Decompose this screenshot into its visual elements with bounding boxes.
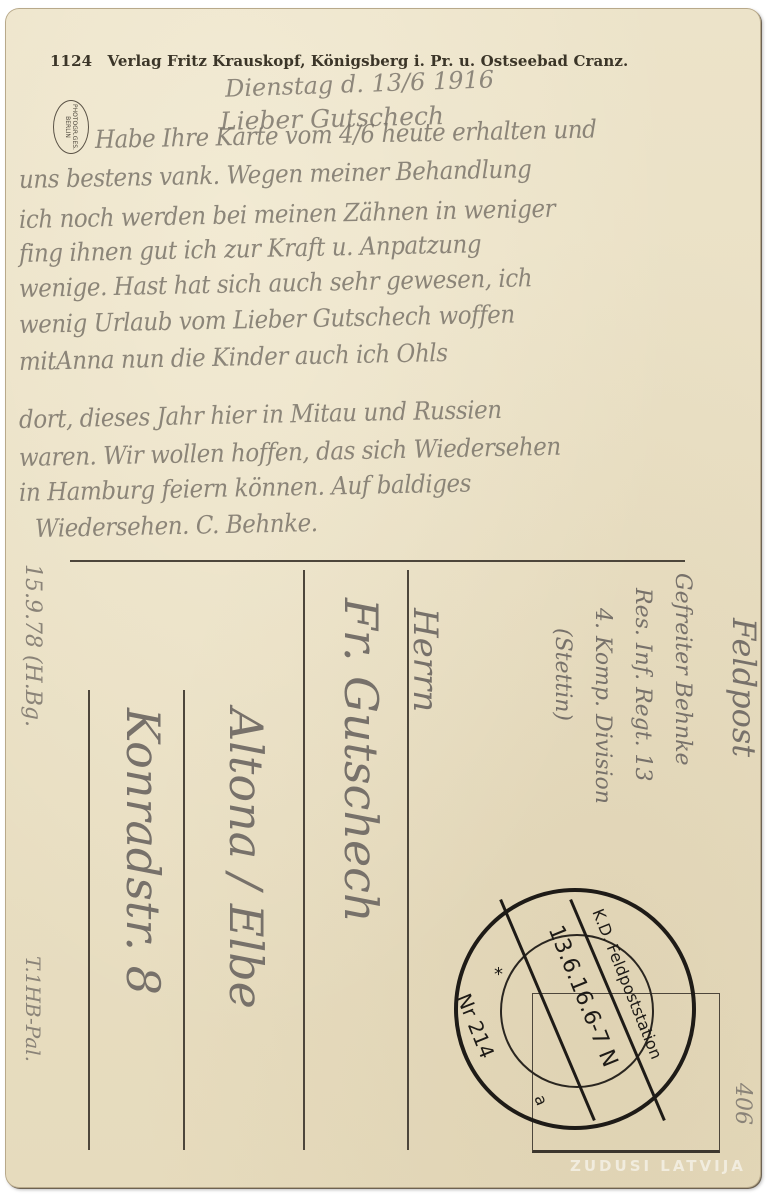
letter-line: uns bestens vank. Wegen meiner Behandlun… — [19, 154, 532, 194]
publisher-header: 1124 Verlag Fritz Krauskopf, Königsberg … — [50, 52, 730, 70]
sender-line: 4. Komp. Division — [590, 608, 615, 804]
archive-note-bottom: T.1HB-Pal. — [21, 956, 45, 1062]
photo-stamp-text: PHOTOGR.GES. BERLIN — [64, 104, 78, 150]
sender-line: Gefreiter Behnke — [670, 573, 695, 766]
archive-note-right: 406 — [730, 1083, 755, 1125]
address-rule-3 — [303, 570, 305, 1150]
postmark-bottom-text: Nr 214 — [452, 990, 500, 1062]
letter-line: wenige. Hast hat sich auch sehr gewesen,… — [19, 263, 533, 303]
publisher-name: Verlag Fritz Krauskopf, Königsberg i. Pr… — [107, 52, 628, 70]
letter-line: fing ihnen gut ich zur Kraft u. Anpatzun… — [19, 229, 482, 268]
card-number: 1124 — [50, 52, 92, 70]
sender-line: Res. Inf. Regt. 13 — [630, 588, 655, 782]
letter-line: waren. Wir wollen hoffen, das sich Wiede… — [19, 432, 561, 472]
feldpost-label: Feldpost — [725, 618, 763, 757]
address-line: Altona / Elbe — [219, 708, 273, 1009]
watermark: ZUDUSI LATVIJA — [570, 1157, 746, 1175]
letter-line: Habe Ihre Karte vom 4/6 heute erhalten u… — [95, 115, 597, 154]
message-address-divider — [70, 560, 685, 562]
letter-line: ich noch werden bei meinen Zähnen in wen… — [19, 194, 556, 234]
sender-line: (Stettin) — [550, 628, 575, 721]
letter-line: wenig Urlaub vom Lieber Gutschech woffen — [19, 300, 515, 339]
postcard: 1124 Verlag Fritz Krauskopf, Königsberg … — [5, 8, 761, 1188]
letter-line: in Hamburg feiern können. Auf baldiges — [19, 469, 472, 507]
address-rule-2 — [183, 690, 185, 1150]
letter-line: mitAnna nun die Kinder auch ich Ohls — [19, 338, 448, 376]
letter-line: Wiedersehen. C. Behnke. — [35, 508, 318, 543]
photo-society-stamp: PHOTOGR.GES. BERLIN — [53, 100, 89, 154]
archive-note-top: 15.9.78 (H.Bg. — [20, 564, 45, 727]
address-line: Fr. Gutschech — [334, 598, 388, 923]
address-line: Konradstr. 8 — [116, 708, 170, 995]
address-rule-1 — [88, 690, 90, 1150]
postmark-suffix: a — [530, 1092, 551, 1108]
letter-date: Dienstag d. 13/6 1916 — [225, 65, 495, 102]
address-line: Herrn — [405, 608, 445, 712]
letter-line: dort, dieses Jahr hier in Mitau und Russ… — [19, 395, 502, 434]
feldpost-postmark: K.D. Feldpoststation 13.6.16.6-7 N Nr 21… — [454, 888, 696, 1130]
postmark-star: * — [494, 964, 503, 985]
